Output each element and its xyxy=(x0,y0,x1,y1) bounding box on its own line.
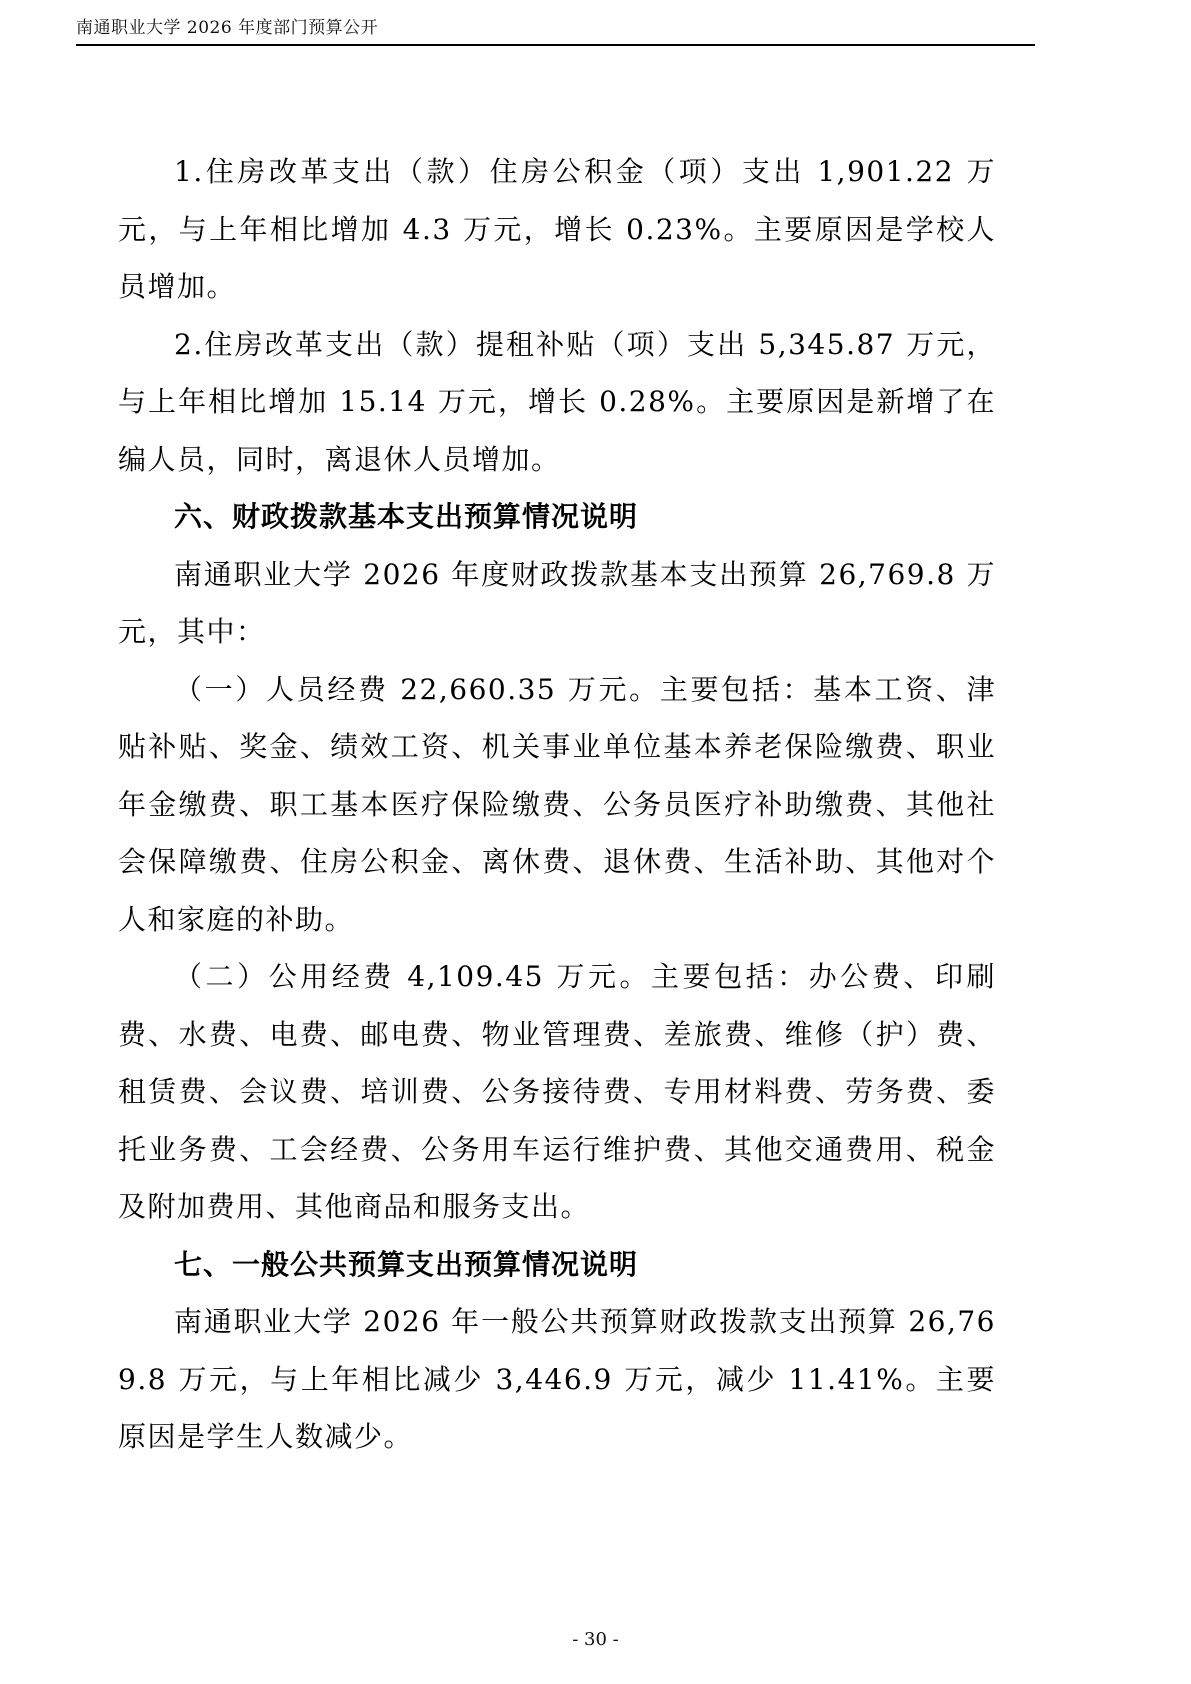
paragraph-housing-fund: 1.住房改革支出（款）住房公积金（项）支出 1,901.22 万元，与上年相比增… xyxy=(118,143,996,316)
section-heading-basic-expenditure: 六、财政拨款基本支出预算情况说明 xyxy=(118,488,996,546)
paragraph-basic-expenditure-total: 南通职业大学 2026 年度财政拨款基本支出预算 26,769.8 万元，其中： xyxy=(118,546,996,661)
paragraph-personnel-expenses: （一）人员经费 22,660.35 万元。主要包括：基本工资、津贴补贴、奖金、绩… xyxy=(118,661,996,949)
document-title: 南通职业大学 2026 年度部门预算公开 xyxy=(76,16,378,40)
page-number: - 30 - xyxy=(0,1628,1191,1652)
paragraph-general-public-budget: 南通职业大学 2026 年一般公共预算财政拨款支出预算 26,769.8 万元，… xyxy=(118,1293,996,1466)
page-header: 南通职业大学 2026 年度部门预算公开 xyxy=(76,14,1035,46)
page-body: 1.住房改革支出（款）住房公积金（项）支出 1,901.22 万元，与上年相比增… xyxy=(118,143,996,1466)
section-heading-general-public-budget: 七、一般公共预算支出预算情况说明 xyxy=(118,1236,996,1294)
paragraph-public-expenses: （二）公用经费 4,109.45 万元。主要包括：办公费、印刷费、水费、电费、邮… xyxy=(118,948,996,1236)
paragraph-rent-subsidy: 2.住房改革支出（款）提租补贴（项）支出 5,345.87 万元，与上年相比增加… xyxy=(118,316,996,489)
